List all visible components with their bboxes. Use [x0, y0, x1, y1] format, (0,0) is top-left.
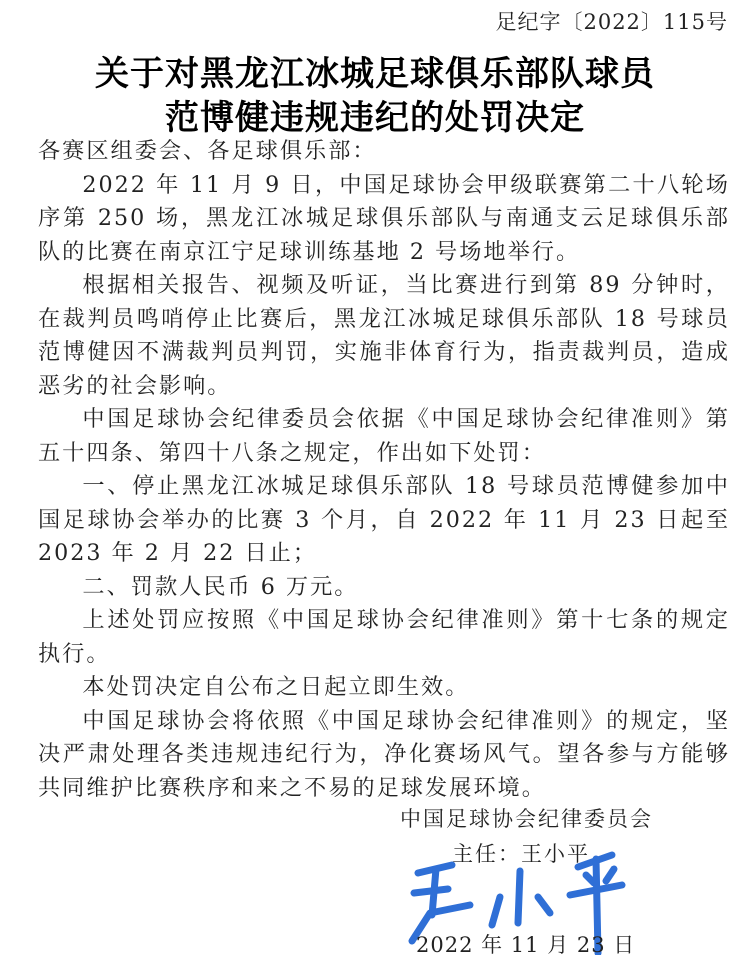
document-title-line-2: 范博健违规违纪的处罚决定: [0, 90, 750, 139]
paragraph-incident: 根据相关报告、视频及听证，当比赛进行到第 89 分钟时，在裁判员鸣哨停止比赛后，…: [38, 269, 730, 403]
penalty-item-2: 二、罚款人民币 6 万元。: [38, 571, 730, 605]
document-body: 各赛区组委会、各足球俱乐部： 2022 年 11 月 9 日，中国足球协会甲级联…: [38, 135, 730, 805]
salutation: 各赛区组委会、各足球俱乐部：: [38, 135, 730, 169]
signing-date: 2022 年 11 月 23 日: [416, 929, 635, 959]
paragraph-effective: 本处罚决定自公布之日起立即生效。: [38, 671, 730, 705]
paragraph-match-info: 2022 年 11 月 9 日，中国足球协会甲级联赛第二十八轮场序第 250 场…: [38, 169, 730, 270]
paragraph-execution: 上述处罚应按照《中国足球协会纪律准则》第十七条的规定执行。: [38, 604, 730, 671]
penalty-item-1: 一、停止黑龙江冰城足球俱乐部队 18 号球员范博健参加中国足球协会举办的比赛 3…: [38, 470, 730, 571]
document-title-line-1: 关于对黑龙江冰城足球俱乐部队球员: [0, 46, 750, 95]
signing-organization: 中国足球协会纪律委员会: [400, 803, 653, 833]
paragraph-basis: 中国足球协会纪律委员会依据《中国足球协会纪律准则》第五十四条、第四十八条之规定，…: [38, 403, 730, 470]
document-number: 足纪字〔2022〕115号: [495, 6, 728, 36]
paragraph-closing: 中国足球协会将依照《中国足球协会纪律准则》的规定，坚决严肃处理各类违规违纪行为，…: [38, 705, 730, 806]
